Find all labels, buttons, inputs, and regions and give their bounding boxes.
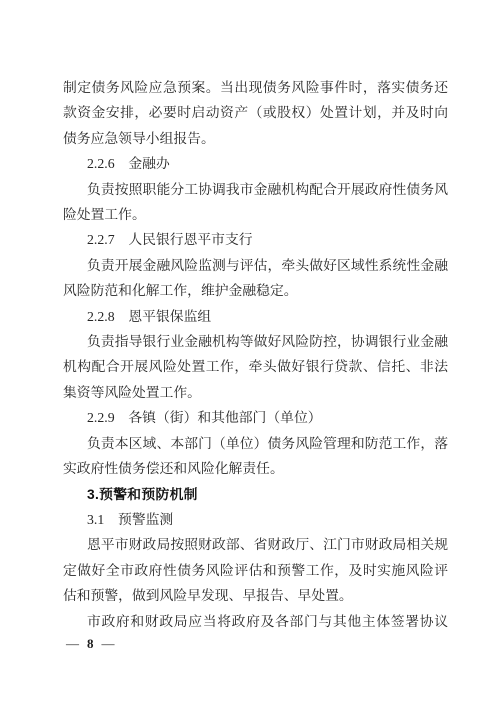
section-heading: 3.预警和预防机制 — [63, 482, 448, 507]
section-heading: 2.2.8 恩平银保监组 — [63, 304, 448, 329]
document-page: 制定债务风险应急预案。当出现债务风险事件时，落实债务还款资金安排，必要时启动资产… — [0, 0, 504, 715]
section-heading: 2.2.6 金融办 — [63, 151, 448, 176]
document-body: 制定债务风险应急预案。当出现债务风险事件时，落实债务还款资金安排，必要时启动资产… — [63, 75, 448, 634]
footer-dash-right: — — [102, 636, 115, 651]
section-heading: 3.1 预警监测 — [63, 507, 448, 532]
page-footer: —8— — [66, 634, 115, 654]
footer-page-number: 8 — [87, 636, 94, 651]
paragraph: 市政府和财政局应当将政府及各部门与其他主体签署协议 — [63, 609, 448, 634]
paragraph: 负责指导银行业金融机构等做好风险防控，协调银行业金融机构配合开展风险处置工作，牵… — [63, 329, 448, 405]
paragraph: 负责本区域、本部门（单位）债务风险管理和防范工作，落实政府性债务偿还和风险化解责… — [63, 431, 448, 482]
paragraph: 恩平市财政局按照财政部、省财政厅、江门市财政局相关规定做好全市政府性债务风险评估… — [63, 532, 448, 608]
paragraph: 制定债务风险应急预案。当出现债务风险事件时，落实债务还款资金安排，必要时启动资产… — [63, 75, 448, 151]
footer-dash-left: — — [66, 636, 79, 651]
section-heading: 2.2.7 人民银行恩平市支行 — [63, 227, 448, 252]
paragraph: 负责开展金融风险监测与评估，牵头做好区域性系统性金融风险防范和化解工作，维护金融… — [63, 253, 448, 304]
section-heading: 2.2.9 各镇（街）和其他部门（单位） — [63, 405, 448, 430]
paragraph: 负责按照职能分工协调我市金融机构配合开展政府性债务风险处置工作。 — [63, 177, 448, 228]
